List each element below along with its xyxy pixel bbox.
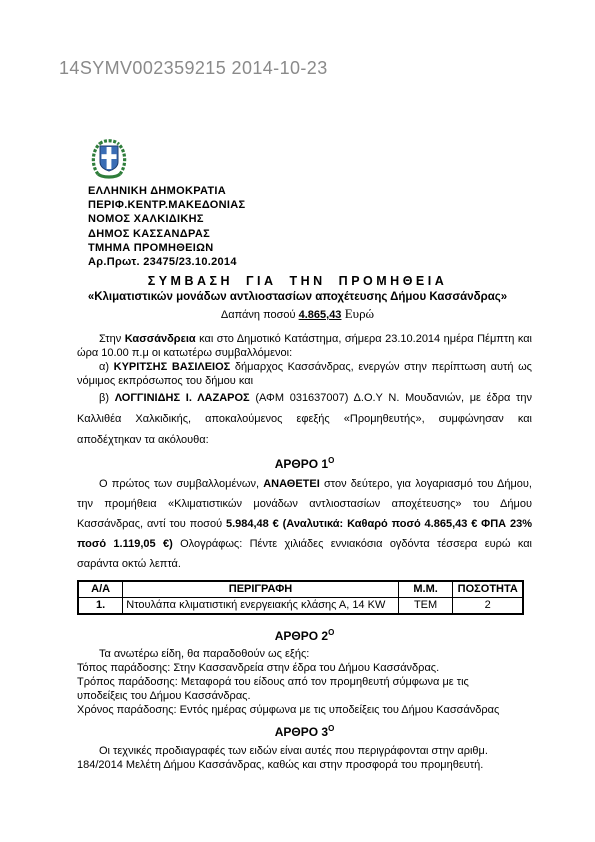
contract-title: ΣΥΜΒΑΣΗ ΓΙΑ ΤΗΝ ΠΡΟΜΗΘΕΙΑ <box>0 274 595 288</box>
article-3-line: 184/2014 Μελέτη Δήμου Κασσάνδρας, καθώς … <box>77 758 532 772</box>
article-1-heading-text: ΑΡΘΡΟ 1 <box>275 457 328 471</box>
article-1-heading: ΑΡΘΡΟ 1Ο <box>77 456 532 471</box>
expense-currency: Ευρώ <box>341 306 374 321</box>
ordinal-superscript: Ο <box>328 724 334 733</box>
article-1-paragraph: Ο πρώτος των συμβαλλομένων, ΑΝΑΘΕΤΕΙ στο… <box>77 474 532 574</box>
article-2-line: Τρόπος παράδοσης: Μεταφορά του είδους απ… <box>77 675 532 689</box>
letterhead-line: ΠΕΡΙΦ.ΚΕΝΤΡ.ΜΑΚΕΔΟΝΙΑΣ <box>88 198 245 212</box>
assigns-bold: ΑΝΑΘΕΤΕΙ <box>263 478 320 490</box>
table-header-unit: Μ.Μ. <box>398 581 453 598</box>
text-run: α) <box>99 361 114 373</box>
party-a-name-bold: ΚΥΡΙΤΣΗΣ ΒΑΣΙΛΕΙΟΣ <box>114 361 231 373</box>
expense-amount: 4.865,43 <box>299 309 342 321</box>
party-b-name-bold: ΛΟΓΓΙΝΙΔΗΣ Ι. ΛΑΖΑΡΟΣ <box>115 392 250 404</box>
table-header-quantity: ΠΟΣΟΤΗΤΑ <box>453 581 523 598</box>
letterhead: ΕΛΛΗΝΙΚΗ ΔΗΜΟΚΡΑΤΙΑ ΠΕΡΙΦ.ΚΕΝΤΡ.ΜΑΚΕΔΟΝΙ… <box>88 184 245 269</box>
document-code: 14SYMV002359215 2014-10-23 <box>59 58 328 79</box>
contract-subject: «Κλιματιστικών μονάδων αντλιοστασίων απο… <box>0 291 595 303</box>
place-name-bold: Κασσάνδρεια <box>125 333 196 345</box>
expense-label: Δαπάνη ποσού <box>221 309 299 321</box>
party-b-paragraph: β) ΛΟΓΓΙΝΙΔΗΣ Ι. ΛΑΖΑΡΟΣ (ΑΦΜ 031637007)… <box>77 388 532 451</box>
article-2-line: υποδείξεις του Δήμου Κασσάνδρας. <box>77 689 532 703</box>
table-row: 1. Ντουλάπα κλιματιστική ενεργειακής κλά… <box>78 598 523 615</box>
article-2-line: Τόπος παράδοσης: Στην Κασσανδρεία στην έ… <box>77 661 532 675</box>
item-quantity-cell: 2 <box>453 598 523 615</box>
greek-national-emblem-icon <box>87 136 131 182</box>
party-a-paragraph: α) ΚΥΡΙΤΣΗΣ ΒΑΣΙΛΕΙΟΣ δήμαρχος Κασσάνδρα… <box>77 360 532 388</box>
letterhead-line: ΕΛΛΗΝΙΚΗ ΔΗΜΟΚΡΑΤΙΑ <box>88 184 245 198</box>
item-number-cell: 1. <box>78 598 123 615</box>
item-description-cell: Ντουλάπα κλιματιστική ενεργειακής κλάσης… <box>123 598 398 615</box>
document-page: 14SYMV002359215 2014-10-23 ΕΛΛΗΝΙΚΗ ΔΗΜΟ… <box>0 0 595 842</box>
article-3-heading-text: ΑΡΘΡΟ 3 <box>275 725 328 739</box>
ordinal-superscript: Ο <box>328 456 334 465</box>
text-run: β) <box>99 392 115 404</box>
item-unit-cell: ΤΕΜ <box>398 598 453 615</box>
article-3-line: Οι τεχνικές προδιαγραφές των ειδών είναι… <box>77 744 532 758</box>
article-2-line: Χρόνος παράδοσης: Εντός ημέρας σύμφωνα μ… <box>77 703 532 717</box>
text-run: Στην <box>99 333 125 345</box>
table-header-aa: Α/Α <box>78 581 123 598</box>
title-block: ΣΥΜΒΑΣΗ ΓΙΑ ΤΗΝ ΠΡΟΜΗΘΕΙΑ «Κλιματιστικών… <box>0 274 595 322</box>
ordinal-superscript: Ο <box>328 628 334 637</box>
contract-body: Στην Κασσάνδρεια και στο Δημοτικό Κατάστ… <box>77 332 532 772</box>
table-header-row: Α/Α ΠΕΡΙΓΡΑΦΗ Μ.Μ. ΠΟΣΟΤΗΤΑ <box>78 581 523 598</box>
article-2-heading-text: ΑΡΘΡΟ 2 <box>275 629 328 643</box>
expense-line: Δαπάνη ποσού 4.865,43 Ευρώ <box>0 306 595 322</box>
article-2-heading: ΑΡΘΡΟ 2Ο <box>77 628 532 643</box>
protocol-number: Αρ.Πρωτ. 23475/23.10.2014 <box>88 255 245 269</box>
text-run: Ο πρώτος των συμβαλλομένων, <box>99 478 263 490</box>
letterhead-line: ΝΟΜΟΣ ΧΑΛΚΙΔΙΚΗΣ <box>88 212 245 226</box>
intro-paragraph: Στην Κασσάνδρεια και στο Δημοτικό Κατάστ… <box>77 332 532 360</box>
table-header-description: ΠΕΡΙΓΡΑΦΗ <box>123 581 398 598</box>
items-table: Α/Α ΠΕΡΙΓΡΑΦΗ Μ.Μ. ΠΟΣΟΤΗΤΑ 1. Ντουλάπα … <box>77 580 524 615</box>
article-3-heading: ΑΡΘΡΟ 3Ο <box>77 724 532 739</box>
letterhead-line: ΔΗΜΟΣ ΚΑΣΣΑΝΔΡΑΣ <box>88 227 245 241</box>
article-2-line: Τα ανωτέρω είδη, θα παραδοθούν ως εξής: <box>77 647 532 661</box>
letterhead-line: ΤΜΗΜΑ ΠΡΟΜΗΘΕΙΩΝ <box>88 241 245 255</box>
